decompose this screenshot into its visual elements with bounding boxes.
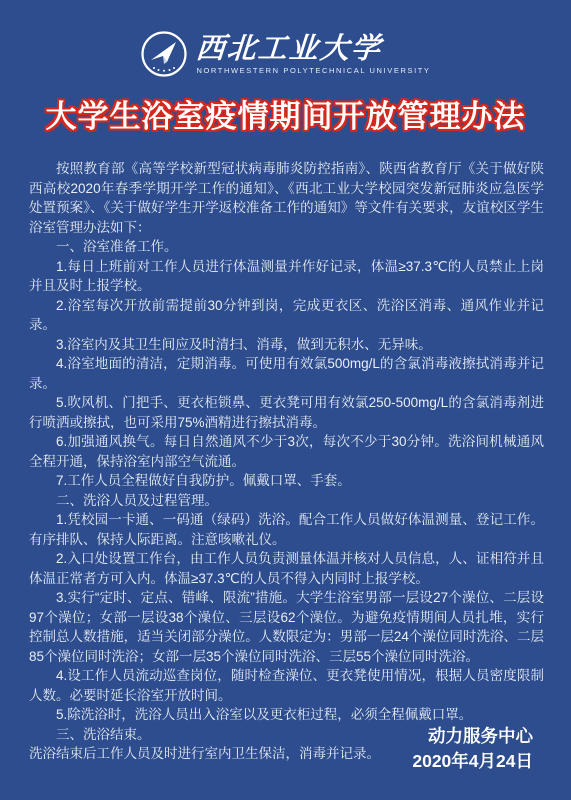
section-2-item-2: 2.入口处设置工作台，由工作人员负责测量体温并核对人员信息，人、证相符并且体温正… bbox=[29, 549, 544, 588]
emblem-arc-dots bbox=[153, 67, 175, 72]
paper-plane-icon bbox=[151, 42, 176, 64]
section-1-heading: 一、浴室准备工作。 bbox=[29, 237, 544, 257]
section-2-item-5: 5.除洗浴时，洗浴人员出入浴室以及更衣柜过程，必须全程佩戴口罩。 bbox=[29, 705, 544, 725]
section-1-item-7: 7.工作人员全程做好自我防护。佩戴口罩、手套。 bbox=[29, 471, 544, 491]
section-2-item-1: 1.凭校园一卡通、一码通（绿码）洗浴。配合工作人员做好体温测量、登记工作。有序排… bbox=[29, 510, 544, 549]
university-name-block: 西北工业大学 NORTHWESTERN POLYTECHNICAL UNIVER… bbox=[196, 33, 430, 75]
npu-emblem-icon bbox=[140, 30, 188, 78]
section-1-item-6: 6.加强通风换气。每日自然通风不少于3次，每次不少于30分钟。洗浴间机械通风全程… bbox=[29, 432, 544, 471]
issuer-name: 动力服务中心 bbox=[412, 724, 533, 749]
notice-page: { "theme": { "background": "#2d4d8e", "b… bbox=[0, 0, 571, 800]
section-2-item-4: 4.设工作人员流动巡查岗位，随时检查澡位、更衣凳使用情况，根据人员密度限制人数。… bbox=[29, 666, 544, 705]
section-1-item-5: 5.吹风机、门把手、更衣柜锁鼻、更衣凳可用有效氯250-500mg/L的含氯消毒… bbox=[29, 393, 544, 432]
university-name-cn: 西北工业大学 bbox=[195, 33, 383, 63]
document-title: 大学生浴室疫情期间开放管理办法 bbox=[0, 99, 571, 135]
section-2-item-3: 3.实行“定时、定点、错峰、限流”措施。大学生浴室男部一层设27个澡位、二层设9… bbox=[29, 588, 544, 666]
section-1-item-1: 1.每日上班前对工作人员进行体温测量并作好记录，体温≥37.3℃的人员禁止上岗并… bbox=[29, 257, 544, 296]
issue-date: 2020年4月24日 bbox=[412, 749, 533, 774]
signature-block: 动力服务中心 2020年4月24日 bbox=[412, 724, 533, 774]
section-1-item-3: 3.浴室内及其卫生间应及时清扫、消毒，做到无积水、无异味。 bbox=[29, 335, 544, 355]
university-name-en: NORTHWESTERN POLYTECHNICAL UNIVERSITY bbox=[196, 66, 430, 75]
section-2-heading: 二、洗浴人员及过程管理。 bbox=[29, 491, 544, 511]
section-1-item-2: 2.浴室每次开放前需提前30分钟到岗，完成更衣区、洗浴区消毒、通风作业并记录。 bbox=[29, 296, 544, 335]
section-1-item-4: 4.浴室地面的清洁，定期消毒。可使用有效氯500mg/L的含氯消毒液擦拭消毒并记… bbox=[29, 354, 544, 393]
document-body: 按照教育部《高等学校新型冠状病毒肺炎防控指南》、陕西省教育厅《关于做好陕西高校2… bbox=[29, 159, 544, 764]
intro-paragraph: 按照教育部《高等学校新型冠状病毒肺炎防控指南》、陕西省教育厅《关于做好陕西高校2… bbox=[29, 159, 544, 237]
university-header: 西北工业大学 NORTHWESTERN POLYTECHNICAL UNIVER… bbox=[0, 0, 571, 78]
